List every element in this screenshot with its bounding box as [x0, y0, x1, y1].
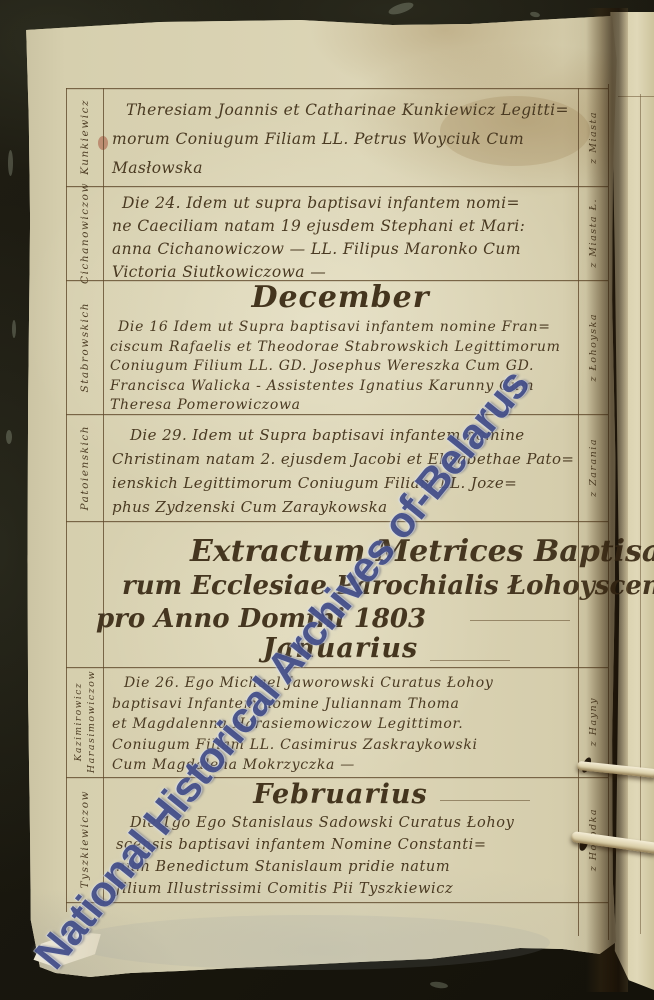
entry-line: scensis baptisavi infantem Nomine Consta…: [116, 834, 574, 856]
table-rule-bottom: [66, 902, 608, 903]
ruled-flourish: [440, 800, 530, 801]
extractum-title-line-3: pro Anno Domini 1803: [96, 604, 426, 634]
entry-row: Die 24. Idem ut supra baptisavi infantem…: [112, 192, 574, 284]
extractum-title-line-1: Extractum Metrices Baptisato=: [190, 534, 654, 569]
entry-line: ienskich Legittimorum Coniugum Filiam LL…: [112, 471, 574, 495]
ruled-flourish: [470, 620, 570, 621]
background-scratch: [387, 0, 415, 17]
entry-line: Masłowska: [112, 154, 574, 183]
entry-line: Christinam natam 2. ejusdem Jacobi et El…: [112, 447, 574, 471]
entry-row: Die 29. Idem ut Supra baptisavi infantem…: [112, 423, 574, 519]
entry-line: morum Coniugum Filiam LL. Petrus Woyciuk…: [112, 125, 574, 154]
entry-line: Theresiam Joannis et Catharinae Kunkiewi…: [112, 96, 574, 125]
table-rule: [66, 186, 608, 187]
entry-line: Die 26. Ego Michael Jaworowski Curatus Ł…: [112, 673, 574, 694]
margin-surname-cell: Kazimirowicz Harasimowiczow: [67, 667, 103, 777]
entry-line: et Magdalenna Harasiemowiczow Legittimor…: [112, 714, 574, 735]
background-scratch: [8, 150, 13, 176]
margin-surname: Stabrowskich: [79, 302, 91, 392]
margin-surname-cell: Stabrowskich: [67, 280, 103, 414]
background-scratch: [6, 430, 12, 444]
table-rule-top: [66, 88, 608, 89]
margin-surname-cell: Kunkiewicz: [67, 88, 103, 186]
entry-line: Coniugum Filiam LL. Casimirus Zaskraykow…: [112, 735, 574, 756]
table-rule: [66, 521, 608, 522]
margin-surname: Kunkiewicz: [79, 99, 91, 175]
entry-line: ne Caeciliam natam 19 ejusdem Stephani e…: [112, 215, 574, 238]
entry-line: ciscum Rafaelis et Theodorae Stabrowskic…: [110, 338, 576, 358]
margin-surname: Cichanowiczow: [79, 182, 91, 284]
margin-surname: Patoienskich: [79, 425, 91, 510]
background-scratch: [430, 981, 449, 989]
margin-surname-cell: Patoienskich: [67, 414, 103, 521]
margin-surname: Harasimowiczow: [86, 670, 97, 773]
entry-line: Die 24. Idem ut supra baptisavi infantem…: [112, 192, 574, 215]
background-scratch: [530, 11, 541, 18]
table-rule: [66, 667, 608, 668]
entry-line: filium Illustrissimi Comitis Pii Tyszkie…: [116, 878, 574, 900]
paper-stain: [70, 915, 550, 970]
entry-row: Theresiam Joannis et Catharinae Kunkiewi…: [112, 96, 574, 183]
entry-line: num Benedictum Stanislaum pridie natum: [116, 856, 574, 878]
month-heading-december: December: [103, 280, 578, 315]
ruled-flourish: [430, 660, 510, 661]
archive-photo: { "watermark": { "text": "National Histo…: [0, 0, 654, 1000]
margin-surname-cell: Cichanowiczow: [67, 186, 103, 280]
entry-line: baptisavi Infantem nomine Juliannam Thom…: [112, 694, 574, 715]
background-scratch: [12, 320, 16, 338]
table-rule: [66, 777, 608, 778]
margin-surname-secondary: Kazimirowicz: [74, 682, 84, 761]
entry-line: Die 16 Idem ut Supra baptisavi infantem …: [110, 318, 576, 338]
next-page-rule-vertical: [640, 94, 641, 934]
entry-line: phus Zydzenski Cum Zaraykowska: [112, 495, 574, 519]
entry-line: anna Cichanowiczow — LL. Filipus Maronko…: [112, 238, 574, 261]
